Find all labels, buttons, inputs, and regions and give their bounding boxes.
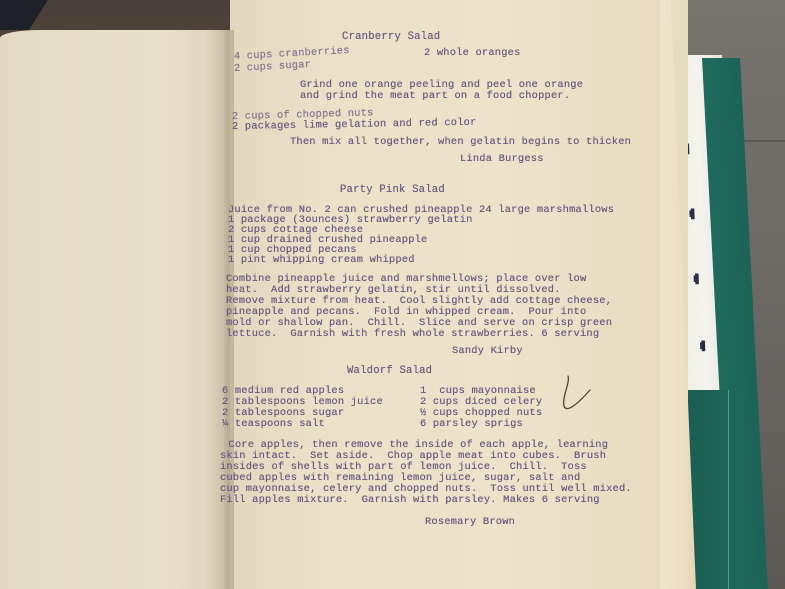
recipe-title-party-pink-salad: Party Pink Salad	[340, 185, 445, 196]
ingredient: 6 parsley sprigs	[420, 419, 523, 430]
pencil-check-mark-icon	[560, 374, 594, 414]
recipe-author: Linda Burgess	[460, 154, 544, 165]
recipe-title-waldorf-salad: Waldorf Salad	[347, 366, 432, 377]
ingredient: 2 whole oranges	[424, 48, 521, 59]
left-page-blank	[0, 30, 232, 589]
ingredient: 1 pint whipping cream whipped	[228, 255, 415, 266]
background-corner	[0, 0, 48, 30]
recipe-author: Rosemary Brown	[425, 517, 515, 528]
index-tab[interactable]: I▌	[693, 275, 705, 283]
direction-line: Fill apples mixture. Garnish with parsle…	[220, 495, 600, 506]
ingredient: ¼ teaspoons salt	[222, 419, 325, 430]
step-line: and grind the meat part on a food choppe…	[300, 91, 570, 102]
direction-line: lettuce. Garnish with fresh whole strawb…	[226, 329, 599, 340]
recipe-title-cranberry-salad: Cranberry Salad	[342, 32, 440, 43]
floor-tile-line	[740, 140, 785, 142]
index-tab[interactable]: I▌	[699, 342, 711, 350]
recipe-author: Sandy Kirby	[452, 346, 523, 357]
index-tab[interactable]: I▌	[689, 210, 701, 218]
step-line: Then mix all together, when gelatin begi…	[290, 137, 631, 148]
